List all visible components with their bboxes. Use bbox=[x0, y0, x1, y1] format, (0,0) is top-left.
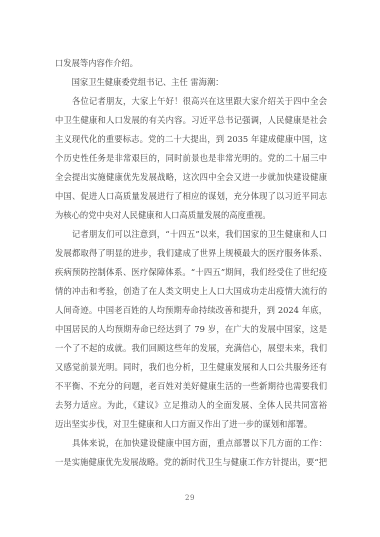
text-line: 疾病预防控制体系、医疗保障体系。“十四五”期间，我们经受住了世纪疫 bbox=[55, 263, 327, 282]
text-line: 主义现代化的重要标志。党的二十大提出，到 2035 年建成健康中国，这 bbox=[55, 130, 327, 149]
text-line: 各位记者朋友，大家上午好！很高兴在这里跟大家介绍关于四中全会 bbox=[55, 92, 327, 111]
text-line: 个历史性任务是非常艰巨的，同时前景也是非常光明的。党的二十届三中 bbox=[55, 149, 327, 168]
text-line: 国家卫生健康委党组书记、主任 雷海潮： bbox=[55, 73, 327, 92]
document-page: 口发展等内容作介绍。 国家卫生健康委党组书记、主任 雷海潮： 各位记者朋友，大家… bbox=[0, 0, 380, 537]
text-line: 又感觉前景光明。同时，我们也分析，卫生健康发展和人口公共服务还有 bbox=[55, 358, 327, 377]
text-line: 人间奇迹。中国老百姓的人均预期寿命持续改善和提升，到 2024 年底， bbox=[55, 301, 327, 320]
text-line: 记者朋友们可以注意到，“十四五”以来，我们国家的卫生健康和人口 bbox=[55, 225, 327, 244]
text-line: 不平衡、不充分的问题，老百姓对美好健康生活的一些新期待也需要我们 bbox=[55, 377, 327, 396]
text-line: 一是实施健康优先发展战略。党的新时代卫生与健康工作方针提出，要“把 bbox=[55, 453, 327, 472]
text-line: 发展都取得了明显的进步，我们建成了世界上规模最大的医疗服务体系、 bbox=[55, 244, 327, 263]
text-line: 口发展等内容作介绍。 bbox=[55, 54, 327, 73]
text-line: 全会提出实施健康优先发展战略，这次四中全会又进一步就加快建设健康 bbox=[55, 168, 327, 187]
text-line: 为核心的党中央对人民健康和人口高质量发展的高度重视。 bbox=[55, 206, 327, 225]
document-text: 口发展等内容作介绍。 国家卫生健康委党组书记、主任 雷海潮： 各位记者朋友，大家… bbox=[55, 54, 327, 472]
text-line: 一个了不起的成就。我们回顾这些年的发展，充满信心，展望未来，我们 bbox=[55, 339, 327, 358]
text-line: 情的冲击和考验，创造了在人类文明史上人口大国成功走出疫情大流行的 bbox=[55, 282, 327, 301]
text-line: 中国、促进人口高质量发展进行了相应的谋划，充分体现了以习近平同志 bbox=[55, 187, 327, 206]
text-line: 迈出坚实步伐，对卫生健康和人口方面又作出了进一步的谋划和部署。 bbox=[55, 415, 327, 434]
text-line: 去努力适应。为此，《建议》立足推动人的全面发展、全体人民共同富裕 bbox=[55, 396, 327, 415]
page-number: 29 bbox=[0, 494, 380, 502]
text-line: 中国居民的人均预期寿命已经达到了 79 岁，在广大的发展中国家，这是 bbox=[55, 320, 327, 339]
text-line: 中卫生健康和人口发展的有关内容。习近平总书记强调，人民健康是社会 bbox=[55, 111, 327, 130]
text-line: 具体来说，在加快建设健康中国方面，重点部署以下几方面的工作： bbox=[55, 434, 327, 453]
